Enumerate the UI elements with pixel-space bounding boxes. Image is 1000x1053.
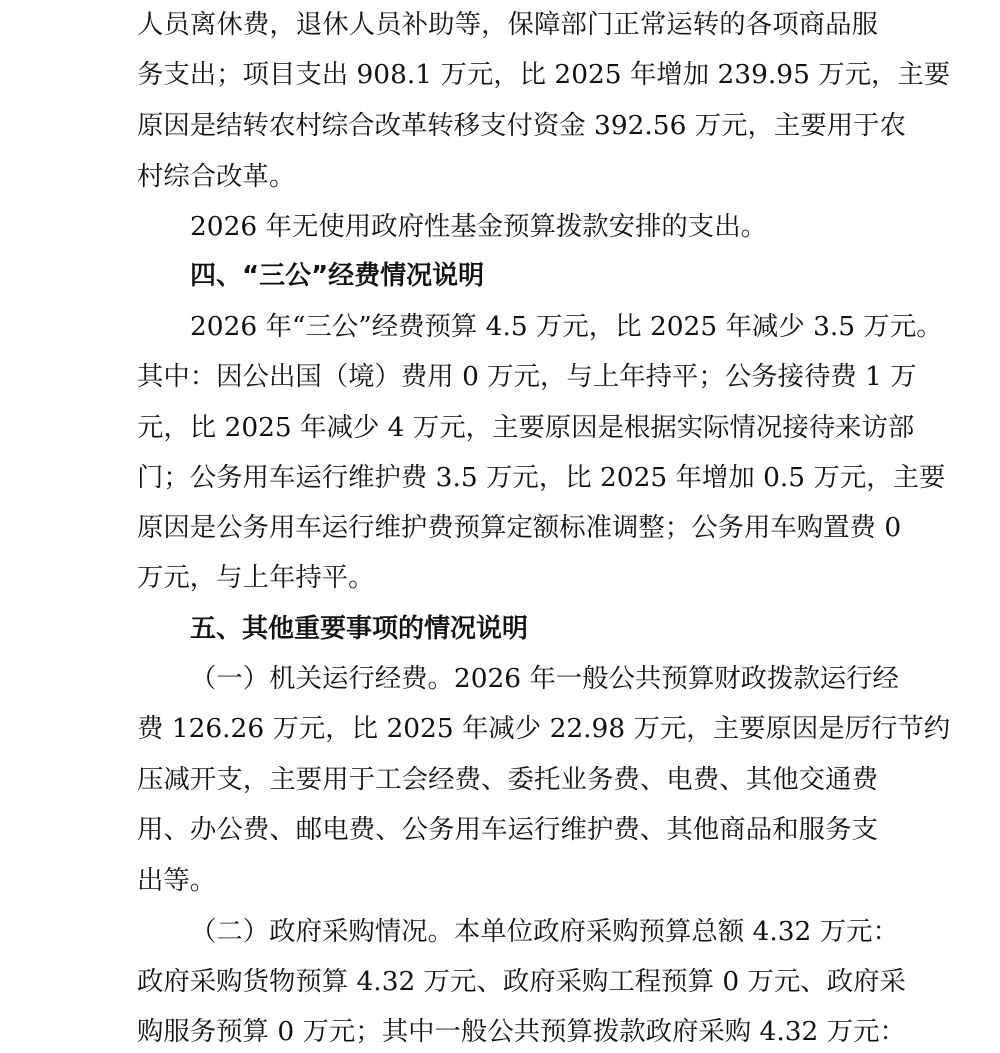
paragraph-three-public-line-5: 原因是公务用车运行维护费预算定额标准调整；公务用车购置费 0 <box>137 503 878 553</box>
paragraph-three-public-line-4: 门；公务用车运行维护费 3.5 万元，比 2025 年增加 0.5 万元，主要 <box>137 453 878 503</box>
paragraph-line-4: 村综合改革。 <box>137 152 295 202</box>
paragraph-operating-line-4: 用、办公费、邮电费、公务用车运行维护费、其他商品和服务支 <box>137 805 878 855</box>
paragraph-procurement-line-2: 政府采购货物预算 4.32 万元、政府采购工程预算 0 万元、政府采 <box>137 957 878 1007</box>
paragraph-line-3: 原因是结转农村综合改革转移支付资金 392.56 万元，主要用于农 <box>137 101 878 151</box>
paragraph-operating-line-2: 费 126.26 万元，比 2025 年减少 22.98 万元，主要原因是厉行节… <box>137 704 878 754</box>
paragraph-operating-line-3: 压减开支，主要用于工会经费、委托业务费、电费、其他交通费 <box>137 755 878 805</box>
paragraph-three-public-line-3: 元，比 2025 年减少 4 万元，主要原因是根据实际情况接待来访部 <box>137 403 878 453</box>
paragraph-procurement-line-3: 购服务预算 0 万元；其中一般公共预算拨款政府采购 4.32 万元： <box>137 1007 878 1053</box>
section-heading-four: 四、“三公”经费情况说明 <box>190 251 484 301</box>
section-heading-five: 五、其他重要事项的情况说明 <box>190 604 528 654</box>
paragraph-gov-fund: 2026 年无使用政府性基金预算拨款安排的支出。 <box>190 202 767 252</box>
paragraph-operating-line-5: 出等。 <box>137 856 216 906</box>
paragraph-three-public-line-6: 万元，与上年持平。 <box>137 553 375 603</box>
paragraph-three-public-line-1: 2026 年“三公”经费预算 4.5 万元，比 2025 年减少 3.5 万元。 <box>190 302 878 352</box>
paragraph-line-1: 人员离休费，退休人员补助等，保障部门正常运转的各项商品服 <box>137 0 878 50</box>
paragraph-three-public-line-2: 其中：因公出国（境）费用 0 万元，与上年持平；公务接待费 1 万 <box>137 352 878 402</box>
paragraph-line-2: 务支出；项目支出 908.1 万元，比 2025 年增加 239.95 万元，主… <box>137 50 878 100</box>
paragraph-operating-line-1: （一）机关运行经费。2026 年一般公共预算财政拨款运行经 <box>190 654 878 704</box>
paragraph-procurement-line-1: （二）政府采购情况。本单位政府采购预算总额 4.32 万元： <box>190 907 878 957</box>
